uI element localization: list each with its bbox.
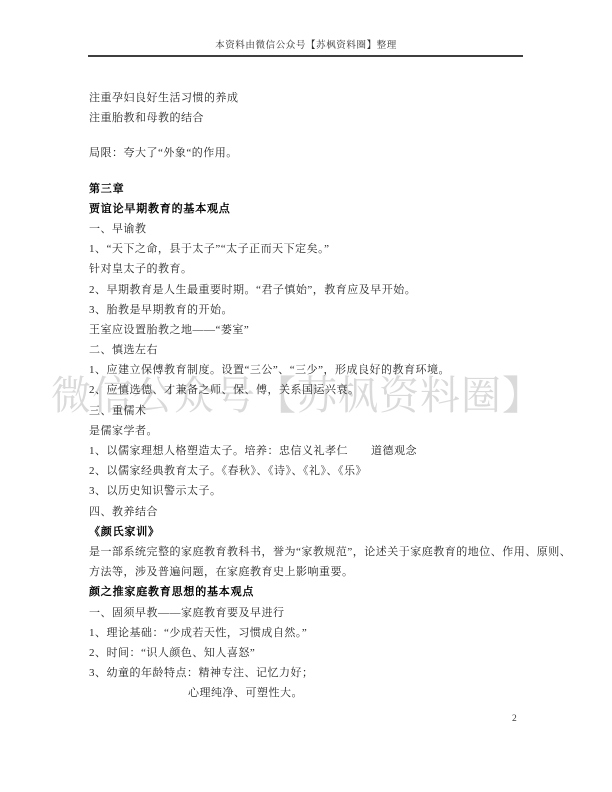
document-page: 本资料由微信公众号【苏枫资料圈】整理 微信公众号【苏枫资料圈】 注重孕妇良好生活… xyxy=(0,0,612,792)
text-line: 局限：夸大了“外象“的作用。 xyxy=(89,143,525,163)
blank-line xyxy=(89,128,525,143)
section-heading: 贾谊论早期教育的基本观点 xyxy=(89,199,525,219)
text-line: 2、早期教育是人生最重要时期。“君子慎始”，教育应及早开始。 xyxy=(89,280,525,300)
text-line: 方法等，涉及普遍问题，在家庭教育史上影响重要。 xyxy=(89,562,525,582)
chapter-heading: 第三章 xyxy=(89,179,525,199)
text-line: 二、慎选左右 xyxy=(89,340,525,360)
page-header-text: 本资料由微信公众号【苏枫资料圈】整理 xyxy=(0,37,612,51)
book-title-heading: 《颜氏家训》 xyxy=(89,522,525,542)
text-line: 1、理论基础：“少成若天性，习惯成自然。” xyxy=(89,623,525,643)
text-line: 一、早谕教 xyxy=(89,219,525,239)
text-line: 3、以历史知识警示太子。 xyxy=(89,481,525,501)
text-line: 3、幼童的年龄特点：精神专注、记忆力好； xyxy=(89,663,525,683)
text-line: 针对皇太子的教育。 xyxy=(89,259,525,279)
text-line: 1、“天下之命，县于太子”“太子正而天下定矣。” xyxy=(89,239,525,259)
text-line: 王室应设置胎教之地——“蒌室” xyxy=(89,320,525,340)
text-line: 是一部系统完整的家庭教育教科书，誉为“家教规范”，论述关于家庭教育的地位、作用、… xyxy=(89,542,525,562)
text-line: 注重孕妇良好生活习惯的养成 xyxy=(89,88,525,108)
text-line: 1、以儒家理想人格塑造太子。培养：忠信义礼孝仁 道德观念 xyxy=(89,441,525,461)
text-line: 1、应建立保傅教育制度。设置“三公”、“三少”，形成良好的教育环境。 xyxy=(89,360,525,380)
text-line: 2、时间：“识人颜色、知人喜怒” xyxy=(89,643,525,663)
section-heading: 颜之推家庭教育思想的基本观点 xyxy=(89,582,525,602)
text-line: 2、应慎选德、才兼备之师、保、傅，关系国运兴衰。 xyxy=(89,380,525,400)
header-divider-line xyxy=(88,55,523,57)
page-number: 2 xyxy=(512,714,517,724)
text-line: 一、固须早教——家庭教育要及早进行 xyxy=(89,603,525,623)
text-line: 三、重儒术 xyxy=(89,401,525,421)
text-line: 注重胎教和母教的结合 xyxy=(89,108,525,128)
text-line: 是儒家学者。 xyxy=(89,421,525,441)
text-line: 四、教养结合 xyxy=(89,502,525,522)
text-line: 3、胎教是早期教育的开始。 xyxy=(89,300,525,320)
text-line-indented: 心理纯净、可塑性大。 xyxy=(89,683,525,703)
text-line: 2、以儒家经典教育太子。《春秋》、《诗》、《礼》、《乐》 xyxy=(89,461,525,481)
document-body: 注重孕妇良好生活习惯的养成 注重胎教和母教的结合 局限：夸大了“外象“的作用。 … xyxy=(89,88,525,703)
blank-line xyxy=(89,164,525,179)
